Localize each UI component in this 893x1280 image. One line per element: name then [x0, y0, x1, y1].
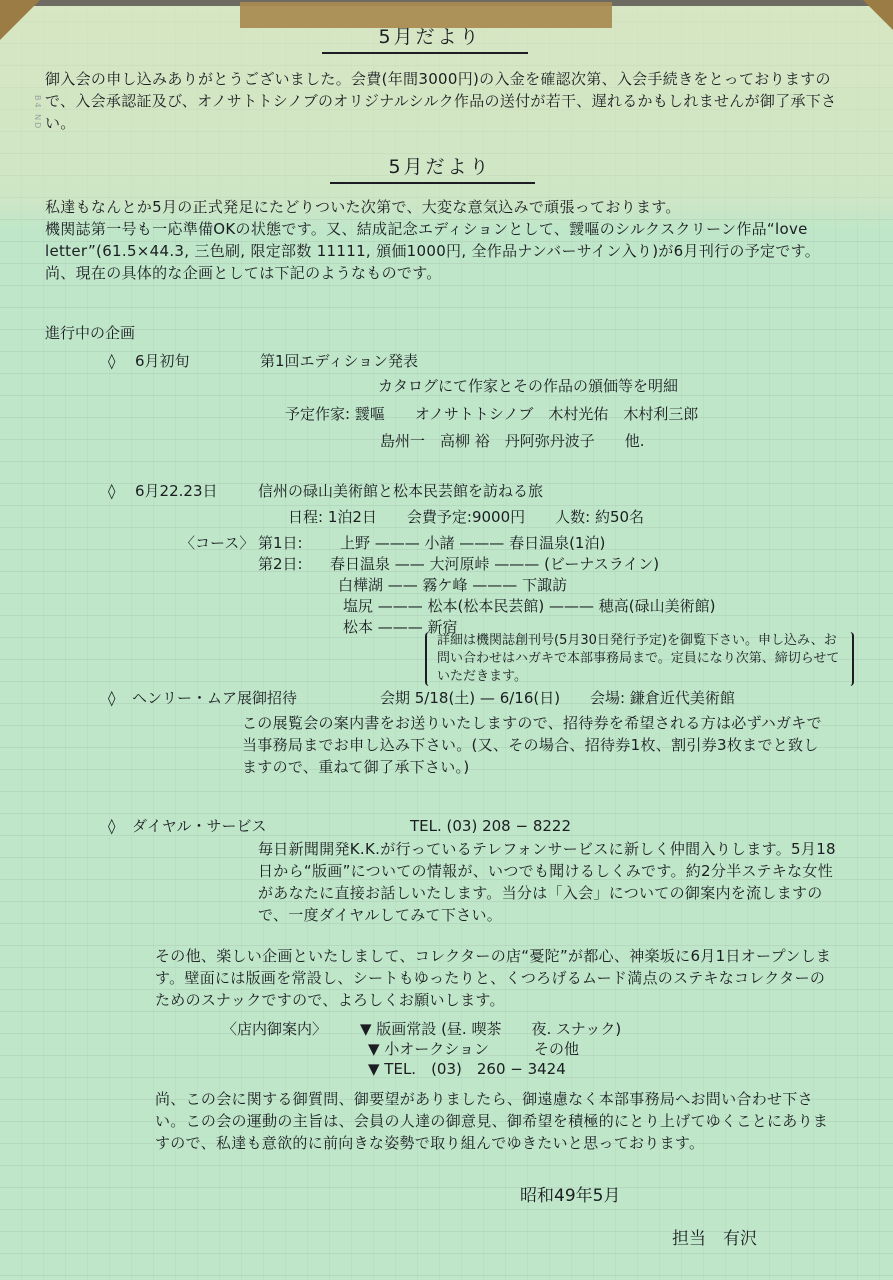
project-1-line-1: カタログにて作家とその作品の頒価等を明細: [378, 375, 678, 397]
shop-item-3: ▼ TEL. (03) 260 − 3424: [368, 1058, 566, 1080]
shop-item-2: ▼ 小オークション その他: [368, 1038, 579, 1060]
diamond-bullet-icon: ◊: [108, 480, 115, 502]
project-1-line-3: 島州一 高柳 裕 丹阿弥丹波子 他.: [380, 430, 645, 452]
project-2-schedule: 日程: 1泊2日 会費予定:9000円 人数: 約50名: [288, 506, 644, 528]
notice-heading-underline: [322, 52, 528, 54]
project-1-date: 6月初旬: [135, 350, 190, 372]
project-3-body: この展覧会の案内書をお送りいたしますので、招待券を希望される方は必ずハガキで当事…: [242, 712, 832, 778]
shop-item-1: ▼ 版画常設 (昼. 喫茶 夜. スナック): [360, 1018, 621, 1040]
notice-body: 御入会の申し込みありがとうございました。会費(年間3000円)の入金を確認次第、…: [45, 68, 845, 134]
signature: 担当 有沢: [672, 1228, 757, 1250]
projects-title: 進行中の企画: [45, 322, 135, 344]
course-label: 〈コース〉: [180, 532, 254, 554]
newsletter-heading: 5月だより: [340, 152, 540, 179]
project-4-tel: TEL. (03) 208 − 8222: [410, 815, 571, 837]
diamond-bullet-icon: ◊: [108, 815, 115, 837]
margin-stamp: B4 ND: [30, 95, 42, 130]
newsletter-heading-underline: [330, 182, 535, 184]
project-3-period: 会期 5/18(土) — 6/16(日): [380, 687, 560, 709]
course-day2-leg-2: 白樺湖 —— 霧ケ峰 ——— 下諏訪: [338, 574, 567, 596]
course-day1-label: 第1日:: [258, 532, 303, 554]
closing-date: 昭和49年5月: [520, 1185, 620, 1207]
project-3-title: ヘンリー・ムア展御招待: [132, 687, 297, 709]
course-day2-leg-1: 春日温泉 —— 大河原峠 ——— (ビーナスライン): [330, 553, 659, 575]
project-2-date: 6月22.23日: [135, 480, 218, 502]
project-2-title: 信州の碌山美術館と松本民芸館を訪ねる旅: [258, 480, 543, 502]
newsletter-intro: 私達もなんとか5月の正式発足にたどりついた次第で、大変な意気込みで頑張っておりま…: [45, 196, 835, 284]
folded-corner-left: [0, 0, 40, 40]
project-4-body: 毎日新聞開発K.K.が行っているテレフォンサービスに新しく仲間入りします。5月1…: [258, 838, 848, 926]
diamond-bullet-icon: ◊: [108, 350, 115, 372]
course-day2-label: 第2日:: [258, 553, 303, 575]
course-day1: 上野 ——— 小諸 ——— 春日温泉(1泊): [340, 532, 605, 554]
diamond-bullet-icon: ◊: [108, 687, 115, 709]
tour-details-note: 詳細は機関誌創刊号(5月30日発行予定)を御覧下さい。申し込み、お問い合わせはハ…: [425, 632, 854, 686]
closing-body: 尚、この会に関する御質問、御要望がありましたら、御遠慮なく本部事務局へお問い合わ…: [155, 1088, 835, 1154]
notice-heading: 5月だより: [330, 22, 530, 49]
project-4-title: ダイヤル・サービス: [132, 815, 267, 837]
other-body: その他、楽しい企画といたしまして、コレクターの店“憂陀”が都心、神楽坂に6月1日…: [155, 945, 835, 1011]
project-1-line-2: 予定作家: 靉嘔 オノサトトシノブ 木村光佑 木村利三郎: [285, 403, 698, 425]
folded-corner-right: [863, 0, 893, 30]
project-3-venue: 会場: 鎌倉近代美術館: [590, 687, 735, 709]
course-day2-leg-3: 塩尻 ——— 松本(松本民芸館) ——— 穂高(碌山美術館): [343, 595, 715, 617]
shop-label: 〈店内御案内〉: [222, 1018, 327, 1040]
project-1-title: 第1回エディション発表: [260, 350, 418, 372]
